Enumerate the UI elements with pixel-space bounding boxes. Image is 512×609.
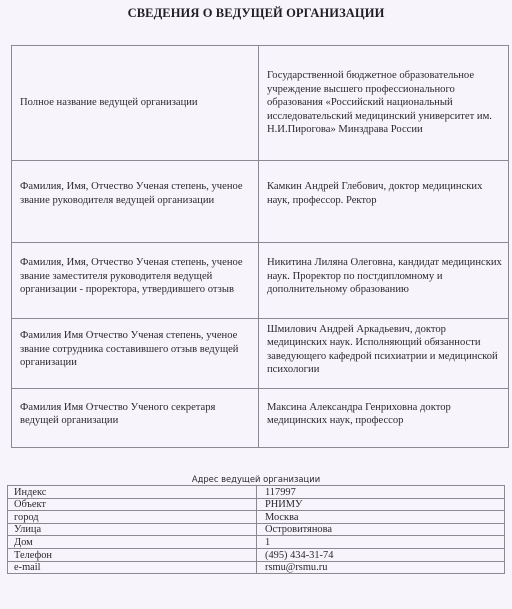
house-value: 1 <box>257 536 505 549</box>
reviewer-label: Фамилия Имя Отчество Ученая степень, уче… <box>20 330 238 368</box>
table-row: Улица Островитянова <box>8 523 505 536</box>
secretary-label: Фамилия Имя Отчество Ученого секретаря в… <box>20 402 215 426</box>
full-name-value: Государственной бюджетное образовательно… <box>267 70 492 135</box>
table-row: Полное название ведущей организации Госу… <box>12 46 509 161</box>
reviewer-value-cell: Шмилович Андрей Аркадьевич, доктор медиц… <box>259 319 509 389</box>
street-value: Островитянова <box>257 523 505 536</box>
table-row: Дом 1 <box>8 536 505 549</box>
house-label: Дом <box>8 536 257 549</box>
full-name-value-cell: Государственной бюджетное образовательно… <box>259 46 509 161</box>
deputy-value: Никитина Лиляна Олеговна, кандидат медиц… <box>267 257 502 295</box>
index-label: Индекс <box>8 486 257 499</box>
secretary-label-cell: Фамилия Имя Отчество Ученого секретаря в… <box>12 389 259 448</box>
table-row: Объект РНИМУ <box>8 498 505 511</box>
head-label: Фамилия, Имя, Отчество Ученая степень, у… <box>20 181 243 205</box>
table-row: Фамилия Имя Отчество Ученого секретаря в… <box>12 389 509 448</box>
table-row: город Москва <box>8 511 505 524</box>
email-label: e-mail <box>8 561 257 574</box>
table-row: Фамилия Имя Отчество Ученая степень, уче… <box>12 319 509 389</box>
email-value: rsmu@rsmu.ru <box>257 561 505 574</box>
head-label-cell: Фамилия, Имя, Отчество Ученая степень, у… <box>12 161 259 243</box>
city-label: город <box>8 511 257 524</box>
phone-value: (495) 434-31-74 <box>257 548 505 561</box>
deputy-label: Фамилия, Имя, Отчество Ученая степень, у… <box>20 257 243 295</box>
reviewer-label-cell: Фамилия Имя Отчество Ученая степень, уче… <box>12 319 259 389</box>
deputy-label-cell: Фамилия, Имя, Отчество Ученая степень, у… <box>12 243 259 319</box>
object-value: РНИМУ <box>257 498 505 511</box>
full-name-label-cell: Полное название ведущей организации <box>12 46 259 161</box>
leading-organization-info-table: Полное название ведущей организации Госу… <box>11 45 509 448</box>
table-row: Телефон (495) 434-31-74 <box>8 548 505 561</box>
document-title: СВЕДЕНИЯ О ВЕДУЩЕЙ ОРГАНИЗАЦИИ <box>0 6 512 21</box>
head-value-cell: Камкин Андрей Глебович, доктор медицинск… <box>259 161 509 243</box>
table-row: e-mail rsmu@rsmu.ru <box>8 561 505 574</box>
phone-label: Телефон <box>8 548 257 561</box>
table-row: Фамилия, Имя, Отчество Ученая степень, у… <box>12 161 509 243</box>
head-value: Камкин Андрей Глебович, доктор медицинск… <box>267 181 482 205</box>
object-label: Объект <box>8 498 257 511</box>
table-row: Индекс 117997 <box>8 486 505 499</box>
full-name-label: Полное название ведущей организации <box>20 97 198 108</box>
street-label: Улица <box>8 523 257 536</box>
secretary-value: Максина Александра Генриховна доктор мед… <box>267 402 451 426</box>
secretary-value-cell: Максина Александра Генриховна доктор мед… <box>259 389 509 448</box>
address-caption: Адрес ведущей организации <box>0 474 512 484</box>
table-row: Фамилия, Имя, Отчество Ученая степень, у… <box>12 243 509 319</box>
index-value: 117997 <box>257 486 505 499</box>
deputy-value-cell: Никитина Лиляна Олеговна, кандидат медиц… <box>259 243 509 319</box>
reviewer-value: Шмилович Андрей Аркадьевич, доктор медиц… <box>267 324 498 375</box>
city-value: Москва <box>257 511 505 524</box>
address-table: Индекс 117997 Объект РНИМУ город Москва … <box>7 485 505 574</box>
